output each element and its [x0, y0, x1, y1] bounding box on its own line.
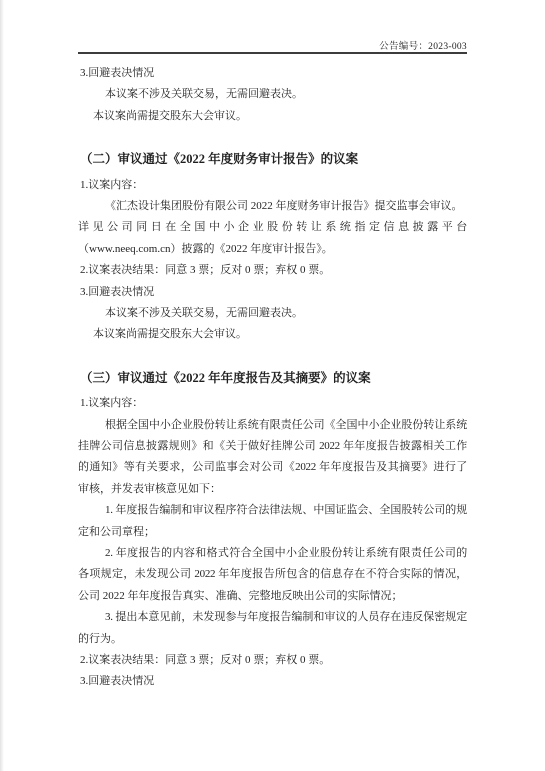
body-line: 2. 年度报告的内容和格式符合全国中小企业股份转让系统有限责任公司的 [78, 543, 467, 564]
body-line: 各项规定，未发现公司 2022 年年度报告所包含的信息存在不符合实际的情况， [78, 564, 467, 585]
body-line: 公司 2022 年年度报告真实、准确、完整地反映出公司的实际情况； [78, 586, 467, 607]
page-header: 公告编号：2023-003 [78, 38, 467, 52]
body-line: 1. 年度报告编制和审议程序符合法律法规、中国证监会、全国股转公司的规 [78, 500, 467, 521]
announcement-number: 公告编号：2023-003 [379, 42, 467, 52]
section-heading: （二）审议通过《2022 年度财务审计报告》的议案 [78, 149, 467, 170]
document-page: 公告编号：2023-003 3.回避表决情况本议案不涉及关联交易，无需回避表决。… [0, 0, 545, 771]
header-divider [78, 52, 467, 54]
body-line: 详见公司同日在全国中小企业股份转让系统指定信息披露平台 [78, 217, 467, 238]
numbered-item: 2.议案表决结果：同意 3 票；反对 0 票；弃权 0 票。 [78, 650, 467, 671]
numbered-item: 3.回避表决情况 [78, 671, 467, 692]
body-line: 的行为。 [78, 629, 467, 650]
document-body: 3.回避表决情况本议案不涉及关联交易，无需回避表决。本议案尚需提交股东大会审议。… [78, 63, 467, 693]
body-line: 《汇杰设计集团股份有限公司 2022 年度财务审计报告》提交监事会审议。 [78, 196, 467, 217]
numbered-item: 3.回避表决情况 [78, 63, 467, 84]
body-line: 的通知》等有关要求，公司监事会对公司《2022 年年度报告及其摘要》进行了 [78, 457, 467, 478]
body-line: 本议案不涉及关联交易，无需回避表决。 [78, 303, 467, 324]
body-line: 审核，并发表审核意见如下： [78, 479, 467, 500]
numbered-item: 3.回避表决情况 [78, 282, 467, 303]
body-line: 本议案不涉及关联交易，无需回避表决。 [78, 84, 467, 105]
body-line: （www.neeq.com.cn）披露的《2022 年度审计报告》。 [78, 239, 467, 260]
numbered-item: 1.议案内容： [78, 393, 467, 414]
body-line: 定和公司章程； [78, 522, 467, 543]
body-line: 本议案尚需提交股东大会审议。 [78, 324, 467, 345]
body-line: 根据全国中小企业股份转让系统有限责任公司《全国中小企业股份转让系统 [78, 415, 467, 436]
numbered-item: 1.议案内容： [78, 175, 467, 196]
body-line: 本议案尚需提交股东大会审议。 [78, 106, 467, 127]
section-heading: （三）审议通过《2022 年年度报告及其摘要》的议案 [78, 368, 467, 389]
body-line: 3. 提出本意见前，未发现参与年度报告编制和审议的人员存在违反保密规定 [78, 607, 467, 628]
numbered-item: 2.议案表决结果：同意 3 票；反对 0 票；弃权 0 票。 [78, 260, 467, 281]
body-line: 挂牌公司信息披露规则》和《关于做好挂牌公司 2022 年年度报告披露相关工作 [78, 436, 467, 457]
